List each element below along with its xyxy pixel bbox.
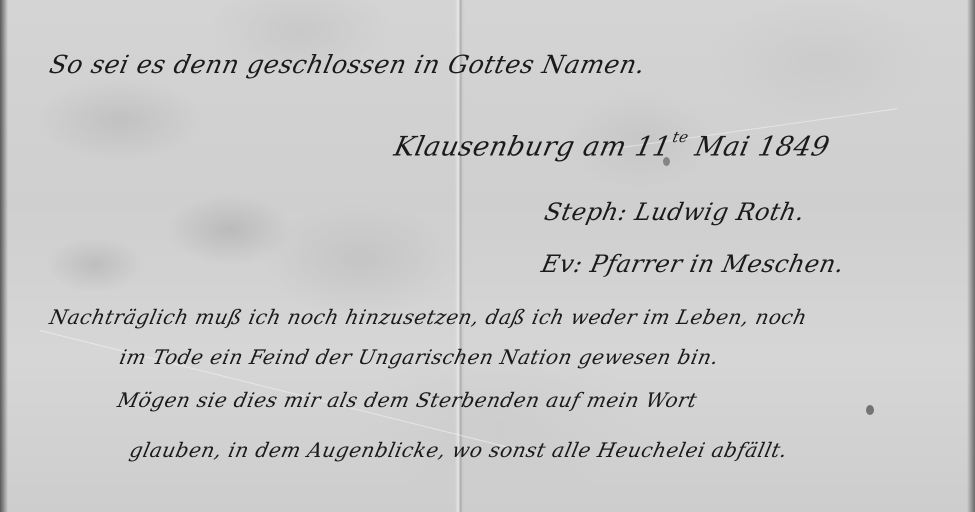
postscript-line: Mögen sie dies mir als dem Sterbenden au… (115, 388, 699, 412)
postscript-line: Nachträglich muß ich noch hinzusetzen, d… (47, 305, 809, 329)
dateline: Klausenburg am 11te Mai 1849 (391, 128, 833, 162)
letter-page: So sei es denn geschlossen in Gottes Nam… (0, 0, 975, 512)
signature-title: Ev: Pfarrer in Meschen. (539, 250, 847, 278)
signature-name: Steph: Ludwig Roth. (542, 198, 807, 226)
opening-line: So sei es denn geschlossen in Gottes Nam… (47, 50, 648, 79)
paper-edge-right (967, 0, 975, 512)
postscript-line: glauben, in dem Augenblicke, wo sonst al… (127, 438, 789, 462)
dateline-month-year: Mai 1849 (683, 131, 832, 162)
dateline-place-day: Klausenburg am 11 (391, 131, 674, 162)
paper-edge-left (0, 0, 8, 512)
postscript-line: im Tode ein Feind der Ungarischen Nation… (117, 345, 721, 369)
ink-spot (866, 405, 874, 415)
